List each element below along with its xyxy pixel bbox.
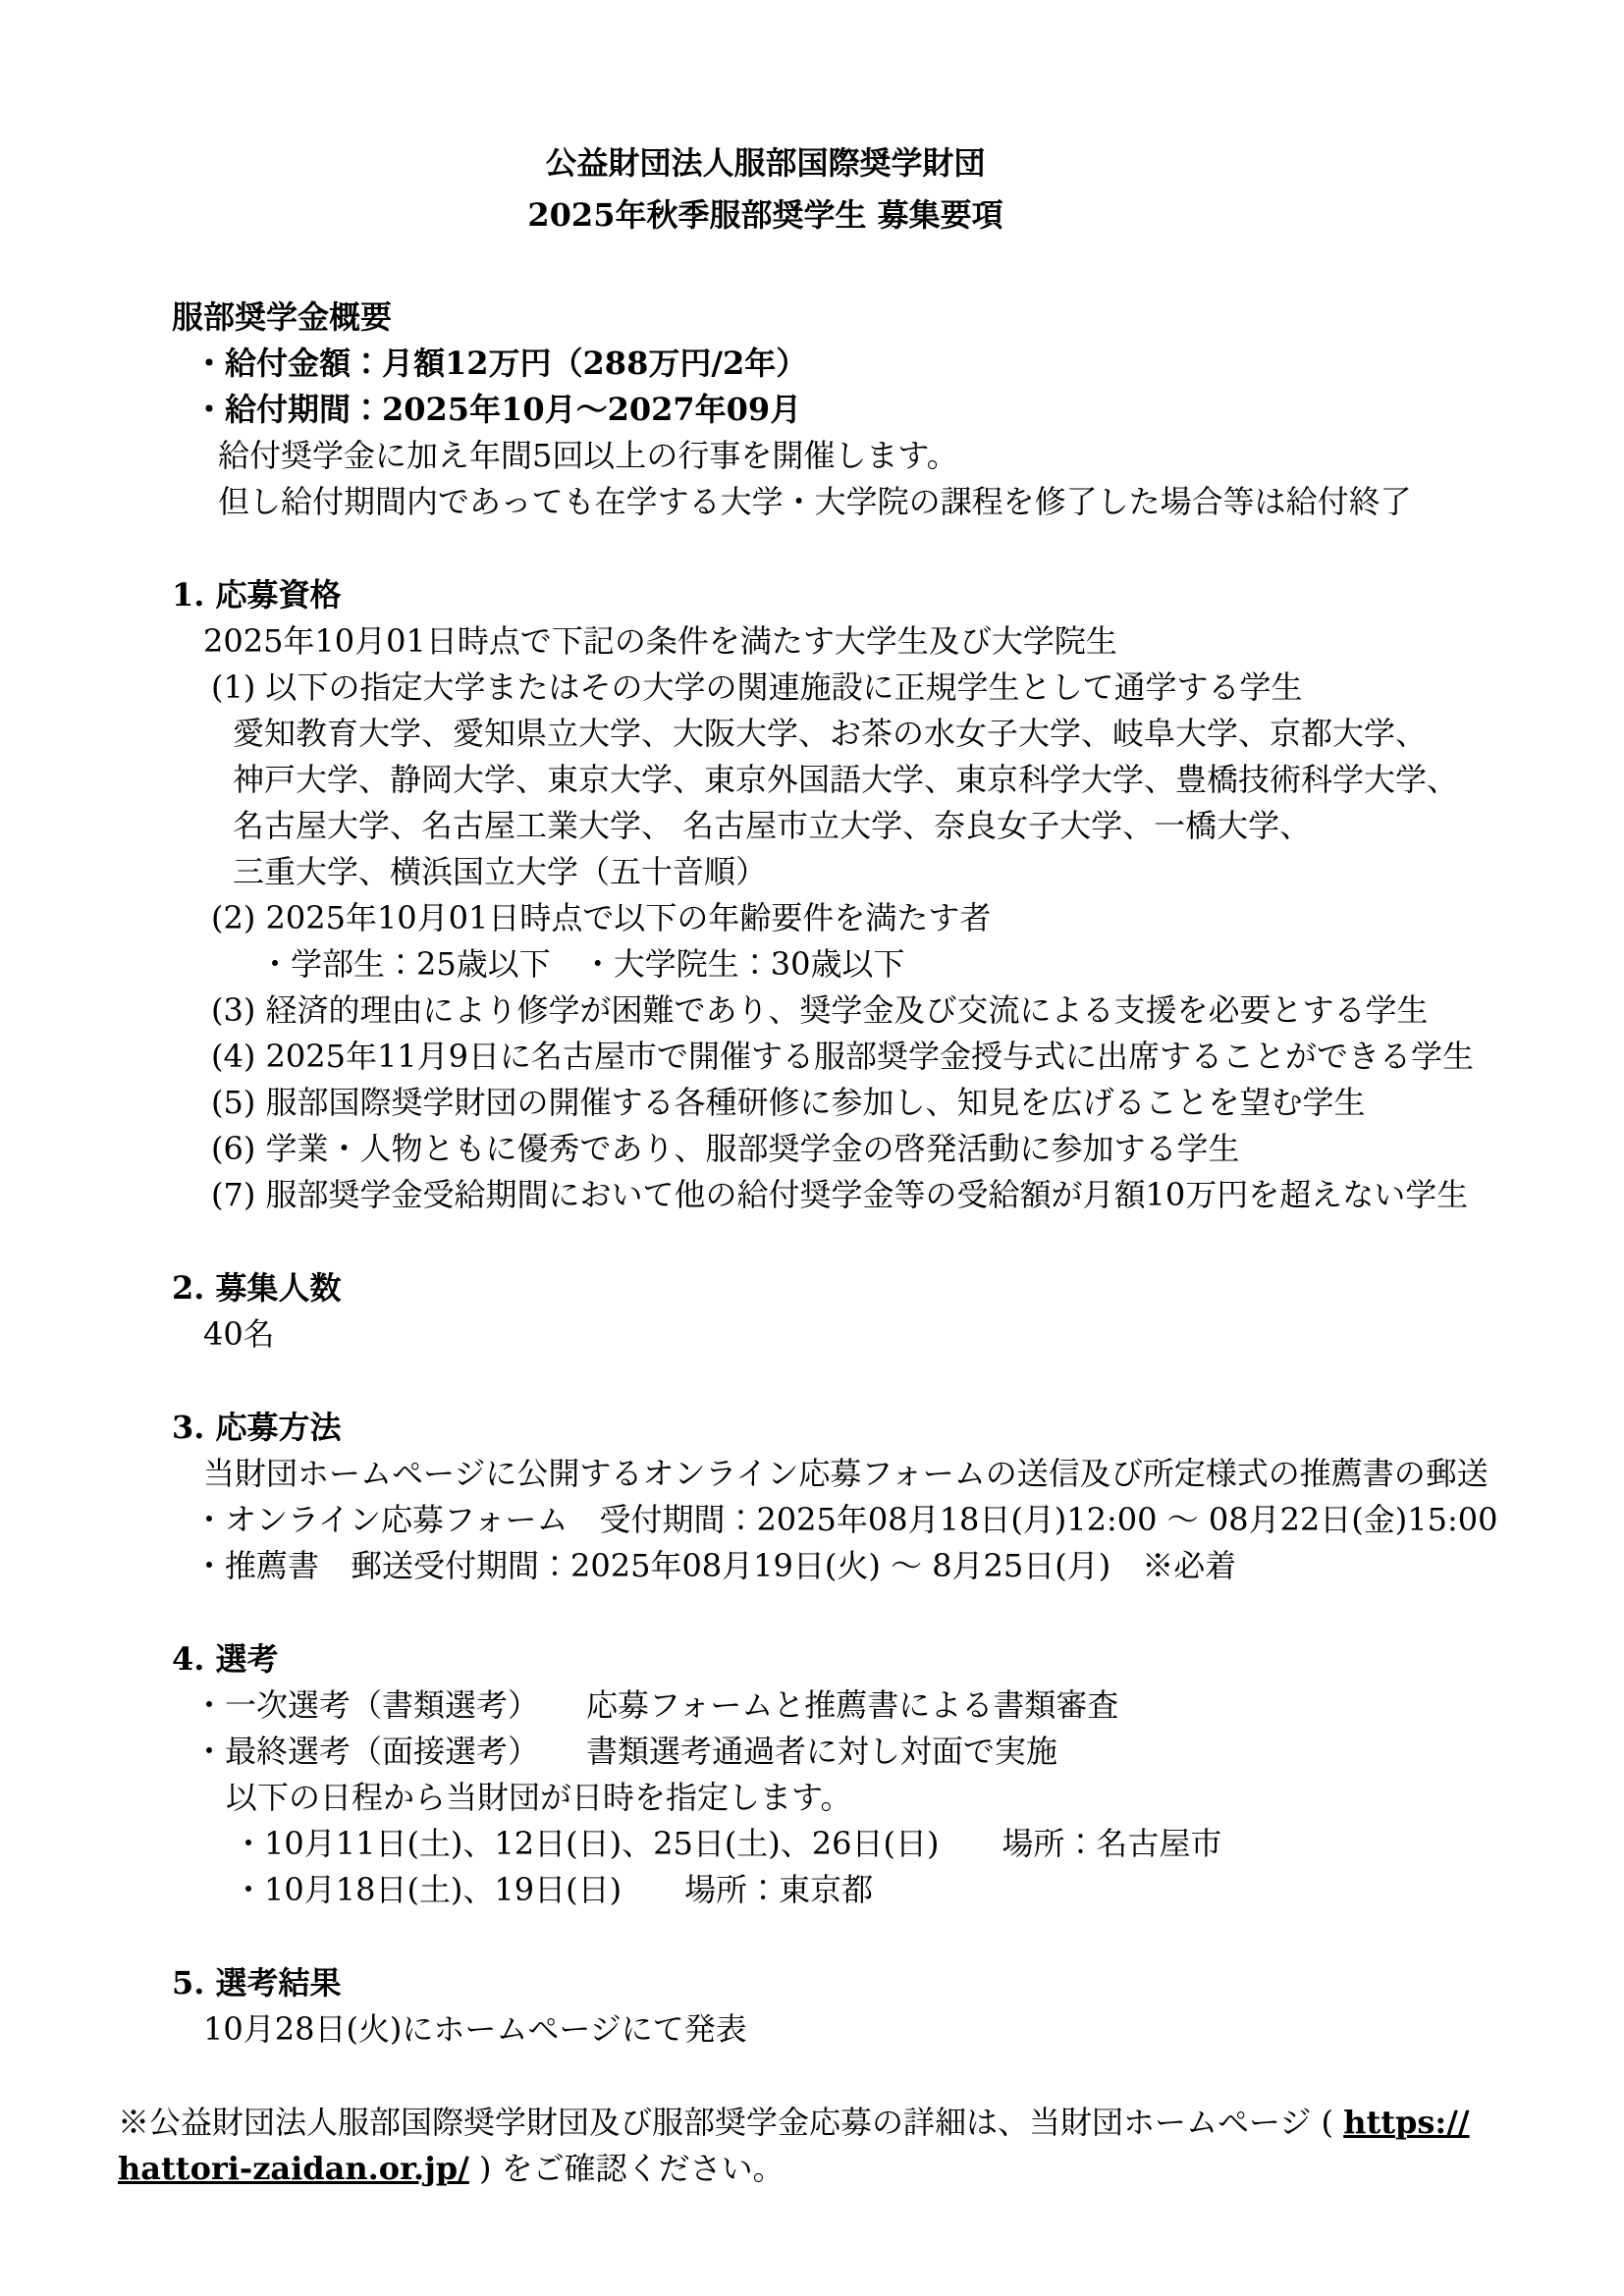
- results-announcement: 10月28日(火)にホームページにて発表: [203, 2006, 1624, 2053]
- eligibility-heading: 1. 応募資格: [172, 572, 1624, 618]
- overview-section: 服部奨学金概要 ・給付金額：月額12万円（288万円/2年） ・給付期間：202…: [172, 294, 1624, 525]
- application-bullet-recommendation: ・推薦書 郵送受付期間：2025年08月19日(火) ～ 8月25日(月) ※必…: [193, 1543, 1624, 1589]
- selection-dates-tokyo: ・10月18日(土)、19日(日) 場所：東京都: [233, 1867, 1624, 1913]
- document-subtitle: 2025年秋季服部奨学生 募集要項: [172, 189, 1359, 241]
- capacity-heading: 2. 募集人数: [172, 1265, 1624, 1311]
- eligibility-item-1: (1) 以下の指定大学またはその大学の関連施設に正規学生として通学する学生: [211, 665, 1624, 711]
- university-list-line-1: 愛知教育大学、愛知県立大学、大阪大学、お茶の水女子大学、岐阜大学、京都大学、: [233, 711, 1624, 757]
- selection-section: 4. 選考 ・一次選考（書類選考） 応募フォームと推薦書による書類審査 ・最終選…: [172, 1636, 1624, 1913]
- eligibility-item-3: (3) 経済的理由により修学が困難であり、奨学金及び交流による支援を必要とする学…: [211, 988, 1624, 1034]
- footer-text-before: ※公益財団法人服部国際奨学財団及び服部奨学金応募の詳細は、当財団ホームページ (: [118, 2104, 1343, 2141]
- university-list-line-4: 三重大学、横浜国立大学（五十音順）: [233, 849, 1624, 895]
- document-title: 公益財団法人服部国際奨学財団: [172, 137, 1359, 189]
- eligibility-item-2-age-limits: ・学部生：25歳以下 ・大学院生：30歳以下: [259, 941, 1624, 988]
- application-heading: 3. 応募方法: [172, 1405, 1624, 1451]
- selection-bullet-final-screening: ・最終選考（面接選考） 書類選考通過者に対し対面で実施: [193, 1729, 1624, 1775]
- foundation-url-part2[interactable]: hattori-zaidan.or.jp/: [118, 2150, 469, 2187]
- capacity-count: 40名: [203, 1311, 1624, 1358]
- overview-heading: 服部奨学金概要: [172, 294, 1624, 341]
- eligibility-intro: 2025年10月01日時点で下記の条件を満たす大学生及び大学院生: [203, 618, 1624, 665]
- university-list-line-3: 名古屋大学、名古屋工業大学、 名古屋市立大学、奈良女子大学、一橋大学、: [233, 803, 1624, 849]
- application-bullet-online-form: ・オンライン応募フォーム 受付期間：2025年08月18日(月)12:00 ～ …: [193, 1497, 1624, 1543]
- eligibility-item-4: (4) 2025年11月9日に名古屋市で開催する服部奨学金授与式に出席することが…: [211, 1034, 1624, 1080]
- selection-bullet-first-screening: ・一次選考（書類選考） 応募フォームと推薦書による書類審査: [193, 1682, 1624, 1729]
- overview-bullet-period: ・給付期間：2025年10月～2027年09月: [193, 387, 1624, 433]
- eligibility-item-2: (2) 2025年10月01日時点で以下の年齢要件を満たす者: [211, 895, 1624, 941]
- eligibility-item-6: (6) 学業・人物ともに優秀であり、服部奨学金の啓発活動に参加する学生: [211, 1126, 1624, 1172]
- overview-note-termination: 但し給付期間内であっても在学する大学・大学院の課程を修了した場合等は給付終了: [218, 479, 1624, 525]
- results-section: 5. 選考結果 10月28日(火)にホームページにて発表: [172, 1960, 1624, 2053]
- results-heading: 5. 選考結果: [172, 1960, 1624, 2006]
- selection-heading: 4. 選考: [172, 1636, 1624, 1682]
- eligibility-item-5: (5) 服部国際奨学財団の開催する各種研修に参加し、知見を広げることを望む学生: [211, 1080, 1624, 1126]
- footer-text-after: ) をご確認ください。: [469, 2150, 785, 2187]
- capacity-section: 2. 募集人数 40名: [172, 1265, 1624, 1358]
- eligibility-section: 1. 応募資格 2025年10月01日時点で下記の条件を満たす大学生及び大学院生…: [172, 572, 1624, 1218]
- footer-note: ※公益財団法人服部国際奨学財団及び服部奨学金応募の詳細は、当財団ホームページ (…: [118, 2100, 1624, 2192]
- title-block: 公益財団法人服部国際奨学財団 2025年秋季服部奨学生 募集要項: [172, 137, 1359, 241]
- document-page: 公益財団法人服部国際奨学財団 2025年秋季服部奨学生 募集要項 服部奨学金概要…: [0, 0, 1624, 2296]
- selection-schedule-note: 以下の日程から当財団が日時を指定します。: [226, 1775, 1624, 1821]
- application-intro: 当財団ホームページに公開するオンライン応募フォームの送信及び所定様式の推薦書の郵…: [203, 1451, 1624, 1497]
- application-section: 3. 応募方法 当財団ホームページに公開するオンライン応募フォームの送信及び所定…: [172, 1405, 1624, 1589]
- foundation-url-part1[interactable]: https://: [1343, 2104, 1469, 2141]
- eligibility-item-7: (7) 服部奨学金受給期間において他の給付奨学金等の受給額が月額10万円を超えな…: [211, 1172, 1624, 1218]
- overview-bullet-amount: ・給付金額：月額12万円（288万円/2年）: [193, 341, 1624, 387]
- selection-dates-nagoya: ・10月11日(土)、12日(日)、25日(土)、26日(日) 場所：名古屋市: [233, 1821, 1624, 1867]
- university-list-line-2: 神戸大学、静岡大学、東京大学、東京外国語大学、東京科学大学、豊橋技術科学大学、: [233, 757, 1624, 803]
- overview-note-events: 給付奨学金に加え年間5回以上の行事を開催します。: [218, 433, 1624, 479]
